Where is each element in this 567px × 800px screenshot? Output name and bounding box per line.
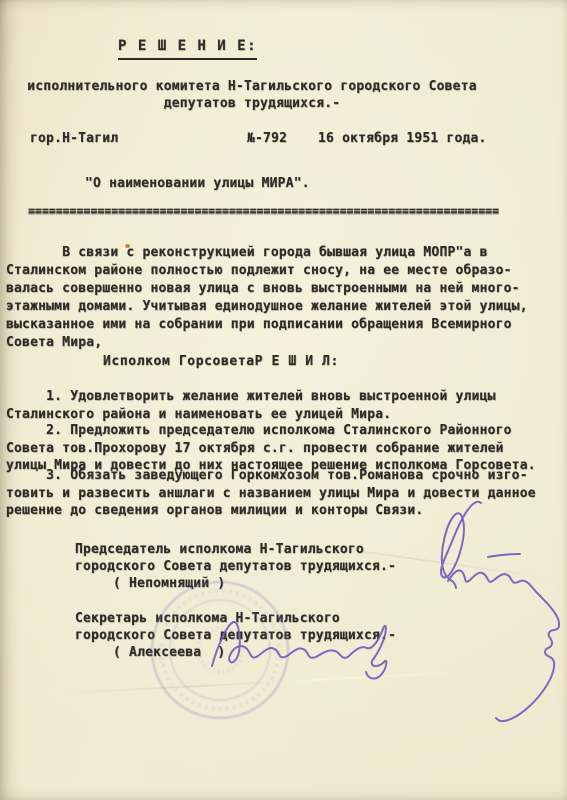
city-label: гор.Н-Тагил <box>30 130 118 148</box>
divider-line: ========================================… <box>28 202 499 220</box>
preamble-paragraph: В связи с реконструкцией города бывшая у… <box>6 244 562 352</box>
document-page: Р Е Ш Е Н И Е: исполнительного комитета … <box>0 0 567 800</box>
chairman-signature <box>441 502 559 721</box>
secretary-role-label: Секретарь исполкома Н-Тагильского городс… <box>75 610 396 644</box>
chairman-role-label: Председатель исполкома Н-Тагильского гор… <box>75 541 396 575</box>
subject-line: "О наименовании улицы МИРА". <box>85 175 310 193</box>
issuing-body: исполнительного комитета Н-Тагильского г… <box>12 78 492 112</box>
resolution-item-3: 3. Обязать заведующего Горкомхозом тов.Р… <box>6 467 562 520</box>
secretary-name-label: ( Алексеева ) <box>113 644 225 662</box>
document-date: 16 октября 1951 года. <box>318 130 487 148</box>
paper-crease <box>60 668 529 695</box>
document-number: №-792 <box>247 130 287 148</box>
document-title: Р Е Ш Е Н И Е: <box>118 37 257 60</box>
resolution-heading: Исполком ГорсоветаР Е Ш И Л: <box>103 353 339 371</box>
resolution-item-1: 1. Удовлетворить желание жителей вновь в… <box>6 388 562 423</box>
chairman-name-label: ( Непомнящий ) <box>113 575 225 593</box>
